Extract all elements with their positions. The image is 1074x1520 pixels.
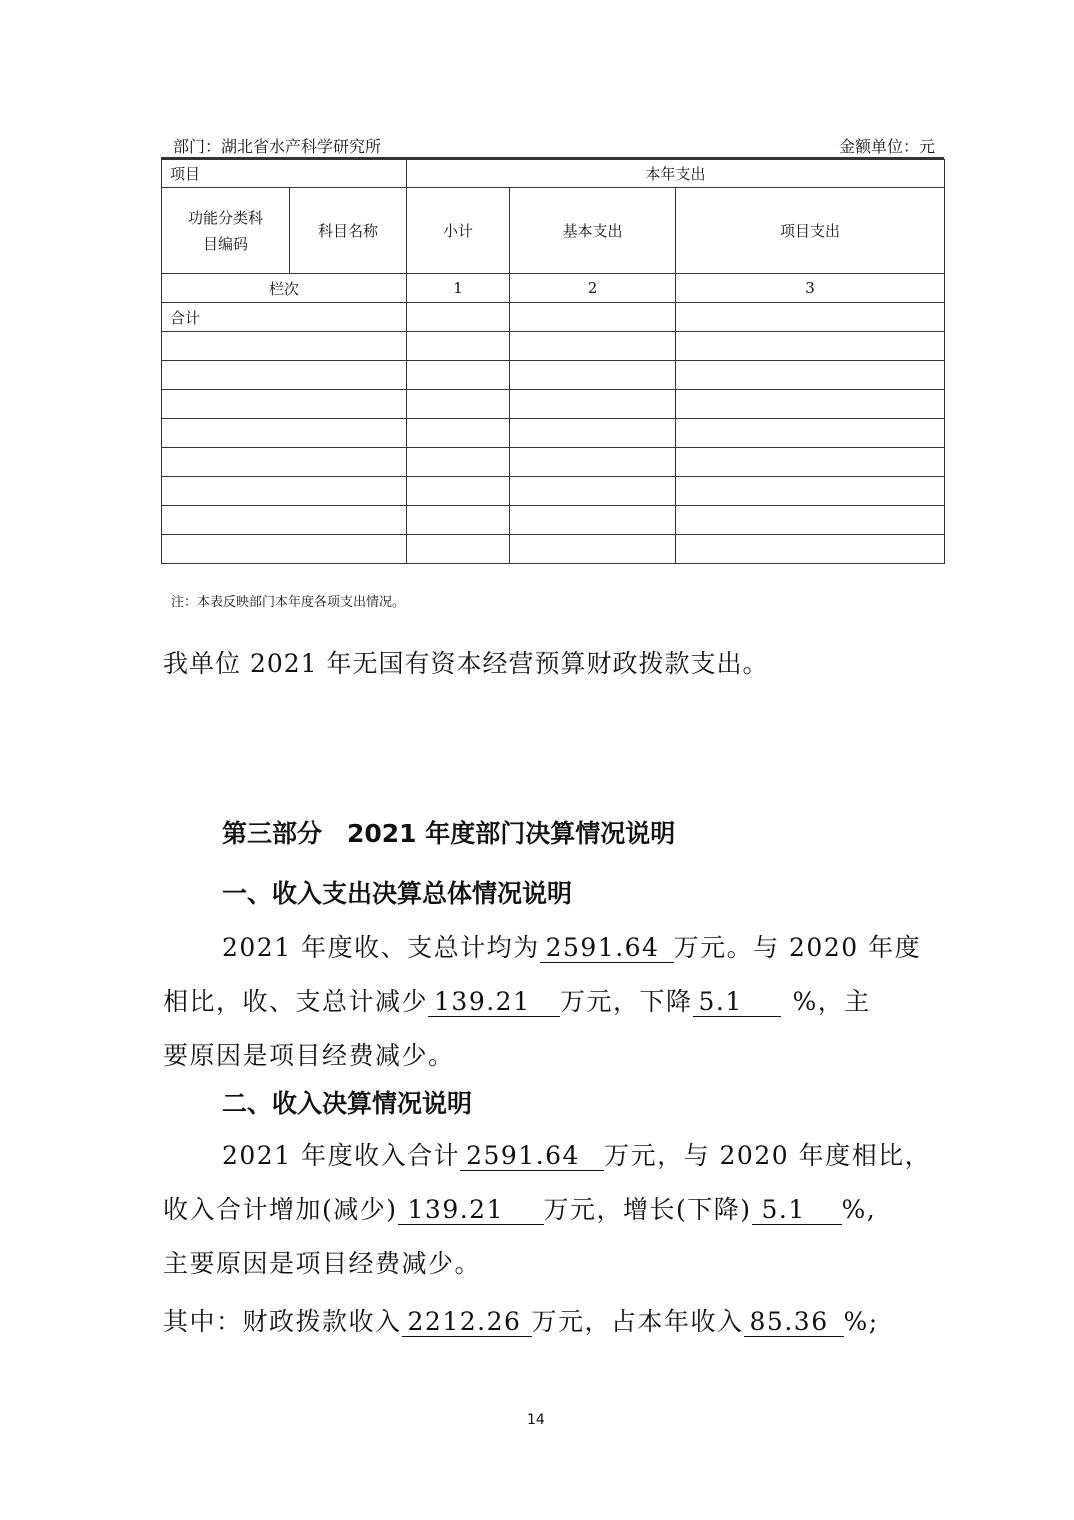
fiscal-income-value: 2212.26	[402, 1308, 532, 1337]
expense-table: 项目 本年支出 功能分类科目编码 科目名称 小计 基本支出 项目支出 栏次 1 …	[161, 159, 945, 564]
table-cell	[510, 361, 676, 390]
text: 2021 年度收入合计	[222, 1141, 460, 1170]
row-index-3: 3	[676, 274, 945, 303]
col-item-header: 项目	[162, 160, 407, 188]
table-cell	[510, 506, 676, 535]
col-project-header: 项目支出	[676, 188, 945, 274]
table-cell	[407, 506, 510, 535]
decrease-value: 139.21	[428, 988, 560, 1017]
part2-line4: 其中：财政拨款收入2212.26万元，占本年收入85.36%;	[163, 1302, 879, 1338]
table-row	[162, 332, 945, 361]
col-basic-header: 基本支出	[510, 188, 676, 274]
text: %;	[844, 1307, 879, 1336]
table-cell	[162, 419, 407, 448]
amount-unit-label: 金额单位：元	[839, 134, 935, 157]
table-cell	[407, 477, 510, 506]
col-code-header: 功能分类科目编码	[162, 188, 290, 274]
table-cell	[407, 419, 510, 448]
table-row	[162, 477, 945, 506]
part2-heading: 二、收入决算情况说明	[222, 1084, 472, 1120]
decrease-pct-value: 5.1	[693, 988, 781, 1017]
row-index-2: 2	[510, 274, 676, 303]
table-cell	[162, 332, 407, 361]
table-cell	[407, 448, 510, 477]
text: 收入合计增加(减少)	[163, 1195, 398, 1224]
table-cell	[676, 448, 945, 477]
table-cell	[510, 477, 676, 506]
part2-line2: 收入合计增加(减少)139.21万元，增长(下降)5.1%,	[163, 1190, 876, 1226]
table-cell	[676, 332, 945, 361]
change-value: 139.21	[398, 1196, 544, 1225]
row-index-label: 栏次	[162, 274, 407, 303]
part1-heading: 一、收入支出决算总体情况说明	[222, 874, 572, 910]
table-cell	[676, 477, 945, 506]
table-row	[162, 419, 945, 448]
part1-line1: 2021 年度收、支总计均为2591.64万元。与 2020 年度	[222, 928, 921, 964]
table-cell	[162, 477, 407, 506]
fiscal-pct-value: 85.36	[744, 1308, 844, 1337]
text: 万元，增长(下降)	[544, 1195, 752, 1224]
text: 相比，收、支总计减少	[163, 987, 428, 1016]
table-cell	[162, 535, 407, 564]
text: 万元，占本年收入	[532, 1307, 744, 1336]
total-value: 2591.64	[540, 934, 674, 963]
table-cell	[676, 535, 945, 564]
table-cell	[162, 448, 407, 477]
table-subheader-row: 功能分类科目编码 科目名称 小计 基本支出 项目支出	[162, 188, 945, 274]
total-label: 合计	[162, 303, 407, 332]
table-cell	[676, 303, 945, 332]
table-cell	[510, 332, 676, 361]
table-cell	[162, 390, 407, 419]
part1-line3: 要原因是项目经费减少。	[163, 1036, 455, 1072]
text: 2021 年度收、支总计均为	[222, 933, 540, 962]
text: 万元，与 2020 年度相比，	[604, 1141, 931, 1170]
col-subtotal-header: 小计	[407, 188, 510, 274]
text: 万元。与 2020 年度	[674, 933, 922, 962]
col-current-expense-header: 本年支出	[407, 160, 945, 188]
table-cell	[676, 361, 945, 390]
table-cell	[407, 361, 510, 390]
col-name-header: 科目名称	[290, 188, 407, 274]
table-cell	[510, 303, 676, 332]
table-note: 注：本表反映部门本年度各项支出情况。	[171, 591, 405, 610]
part1-line2: 相比，收、支总计减少139.21万元，下降5.1%，主	[163, 982, 871, 1018]
table-cell	[162, 361, 407, 390]
text: %，主	[793, 987, 871, 1016]
text: %,	[842, 1195, 877, 1224]
table-cell	[407, 332, 510, 361]
part2-line1: 2021 年度收入合计2591.64万元，与 2020 年度相比，	[222, 1136, 931, 1172]
table-cell	[676, 506, 945, 535]
table-cell	[510, 448, 676, 477]
col-code-line2: 目编码	[203, 235, 248, 253]
page-number: 14	[527, 1412, 545, 1428]
part2-line3: 主要原因是项目经费减少。	[163, 1244, 481, 1280]
table-cell	[407, 535, 510, 564]
table-row	[162, 361, 945, 390]
table-cell	[407, 303, 510, 332]
table-cell	[407, 390, 510, 419]
text: 其中：财政拨款收入	[163, 1307, 402, 1336]
section-title: 第三部分 2021 年度部门决算情况说明	[222, 814, 675, 850]
total-row: 合计	[162, 303, 945, 332]
table-row	[162, 506, 945, 535]
department-label: 部门：湖北省水产科学研究所	[173, 134, 381, 157]
col-code-line1: 功能分类科	[188, 209, 263, 227]
change-pct-value: 5.1	[752, 1196, 842, 1225]
column-index-row: 栏次 1 2 3	[162, 274, 945, 303]
table-cell	[676, 390, 945, 419]
table-cell	[510, 390, 676, 419]
table-header-row: 项目 本年支出	[162, 160, 945, 188]
table-cell	[510, 535, 676, 564]
table-row	[162, 535, 945, 564]
table-row	[162, 448, 945, 477]
row-index-1: 1	[407, 274, 510, 303]
table-cell	[676, 419, 945, 448]
table-cell	[162, 506, 407, 535]
text: 万元，下降	[560, 987, 693, 1016]
table-row	[162, 390, 945, 419]
table-cell	[510, 419, 676, 448]
no-expense-paragraph: 我单位 2021 年无国有资本经营预算财政拨款支出。	[163, 644, 769, 680]
income-total-value: 2591.64	[460, 1142, 604, 1171]
